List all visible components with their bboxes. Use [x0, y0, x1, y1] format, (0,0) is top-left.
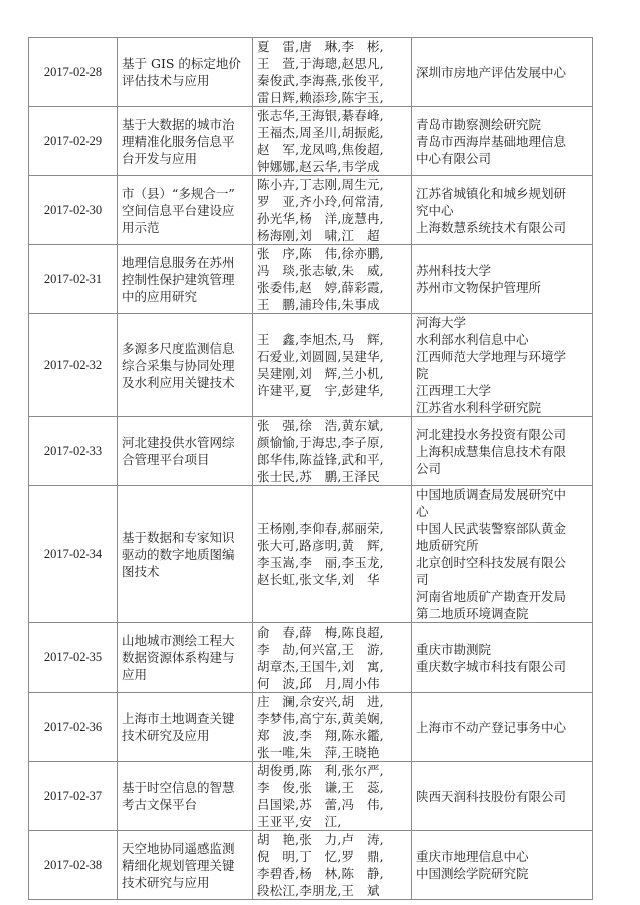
contributors-line: 王 鹏,浦玲伟,朱事成: [257, 296, 407, 313]
contributors-line: 吕国梁,苏 蕾,冯 伟,: [257, 796, 407, 813]
organizations-cell: 重庆市地理信息中心中国测绘学院研究院: [412, 831, 593, 900]
project-title-line: 考古文保平台: [122, 796, 248, 813]
organizations-cell: 河北建投水务投资有限公司上海积成慧集信息技术有限公司: [412, 417, 593, 486]
organizations-cell: 河海大学水利部水利信息中心江西师范大学地理与环境学院江西理工大学江苏省水利科学研…: [412, 314, 593, 417]
organization-line: 中心有限公司: [416, 150, 588, 167]
table-row: 2017-02-36上海市土地调查关键技术研究及应用庄 澜,佘安兴,胡 进,李梦…: [29, 693, 593, 762]
project-title-cell: 基于大数据的城市治理精准化服务信息平台开发与应用: [118, 107, 253, 176]
project-id-cell: 2017-02-35: [29, 623, 118, 693]
project-title-line: 技术研究及应用: [122, 727, 248, 744]
contributors-cell: 胡俊勇,陈 利,张尔严,李 俊,张 谦,王 蕊,吕国梁,苏 蕾,冯 伟,王亚平,…: [253, 762, 412, 831]
organization-line: 司: [416, 571, 588, 588]
contributors-line: 张 序,陈 伟,徐亦鹏,: [257, 245, 407, 262]
contributors-line: 王福杰,周圣川,胡振彪,: [257, 124, 407, 141]
contributors-line: 胡俊勇,陈 利,张尔严,: [257, 762, 407, 779]
organizations-cell: 陕西天润科技股份有限公司: [412, 762, 593, 831]
project-id: 2017-02-30: [44, 203, 102, 217]
contributors-cell: 王杨刚,李仰春,郝丽荣,张大可,路彦明,黄 辉,李玉嵩,李 丽,李玉龙,赵长虹,…: [253, 486, 412, 623]
contributors-line: 李 劼,何兴富,王 游,: [257, 641, 407, 658]
project-title-line: 数据资源体系构建与: [122, 649, 248, 666]
organization-line: 江苏省城镇化和城乡规划研: [416, 185, 588, 202]
organization-line: 中国地质调查局发展研究中: [416, 486, 588, 503]
contributors-line: 张志华,王海银,綦春峰,: [257, 107, 407, 124]
table-row: 2017-02-29基于大数据的城市治理精准化服务信息平台开发与应用张志华,王海…: [29, 107, 593, 176]
contributors-cell: 张志华,王海银,綦春峰,王福杰,周圣川,胡振彪,赵 军,龙凤鸣,焦俊超,钟娜娜,…: [253, 107, 412, 176]
project-title-cell: 基于 GIS 的标定地价评估技术与应用: [118, 38, 253, 107]
awards-table: 2017-02-28基于 GIS 的标定地价评估技术与应用夏 雷,唐 琳,李 彬…: [28, 37, 593, 900]
organization-line: 苏州科技大学: [416, 262, 588, 279]
organization-line: 江西理工大学: [416, 382, 588, 399]
contributors-line: 李 俊,张 谦,王 蕊,: [257, 779, 407, 796]
organization-line: 重庆数字城市科技有限公司: [416, 658, 588, 675]
organizations-cell: 重庆市勘测院重庆数字城市科技有限公司: [412, 623, 593, 693]
organization-line: 中国人民武装警察部队黄金: [416, 520, 588, 537]
project-title-cell: 山地城市测绘工程大数据资源体系构建与应用: [118, 623, 253, 693]
table-row: 2017-02-32多源多尺度监测信息综合采集与协同处理及水利应用关键技术王 鑫…: [29, 314, 593, 417]
contributors-line: 秦俊武,李海燕,张俊平,: [257, 72, 407, 89]
contributors-line: 王 鑫,李旭杰,马 辉,: [257, 331, 407, 348]
contributors-line: 张一唯,朱 萍,王晓艳: [257, 744, 407, 761]
table-row: 2017-02-28基于 GIS 的标定地价评估技术与应用夏 雷,唐 琳,李 彬…: [29, 38, 593, 107]
project-title-cell: 河北建投供水管网综合管理平台项目: [118, 417, 253, 486]
contributors-line: 李玉嵩,李 丽,李玉龙,: [257, 554, 407, 571]
contributors-line: 吴建刚,刘 辉,兰小机,: [257, 365, 407, 382]
project-title-cell: 基于数据和专家知识驱动的数字地质图编图技术: [118, 486, 253, 623]
project-id-cell: 2017-02-28: [29, 38, 118, 107]
project-id-cell: 2017-02-32: [29, 314, 118, 417]
contributors-line: 许建平,夏 宇,彭建华,: [257, 382, 407, 399]
table-row: 2017-02-38天空地协同遥感监测精细化规划管理关键技术研究与应用胡 艳,张…: [29, 831, 593, 900]
contributors-line: 王杨刚,李仰春,郝丽荣,: [257, 520, 407, 537]
project-title-line: 用示范: [122, 219, 248, 236]
project-title-line: 及水利应用关键技术: [122, 374, 248, 391]
project-title-line: 上海市土地调查关键: [122, 710, 248, 727]
project-title-line: 河北建投供水管网综: [122, 434, 248, 451]
project-id: 2017-02-29: [44, 134, 102, 148]
contributors-line: 雷日辉,赖添珍,陈宇玉,: [257, 89, 407, 106]
contributors-cell: 庄 澜,佘安兴,胡 进,李梦伟,高宁东,黄美娴,郑 波,李 翔,陈永鑑,张一唯,…: [253, 693, 412, 762]
table-row: 2017-02-31地理信息服务在苏州控制性保护建筑管理中的应用研究张 序,陈 …: [29, 245, 593, 314]
project-title-line: 控制性保护建筑管理: [122, 271, 248, 288]
contributors-line: 张士民,苏 鹏,王泽民: [257, 468, 407, 485]
project-title-line: 评估技术与应用: [122, 72, 248, 89]
project-title-line: 空间信息平台建设应: [122, 202, 248, 219]
contributors-cell: 张 强,徐 浩,黄东斌,颜愉愉,于海忠,李子原,郎华伟,陈益锋,武和平,张士民,…: [253, 417, 412, 486]
contributors-line: 王 萱,于海璁,赵思凡,: [257, 55, 407, 72]
project-id-cell: 2017-02-30: [29, 176, 118, 245]
contributors-line: 石爱业,刘圆圆,吴建华,: [257, 348, 407, 365]
contributors-line: 郎华伟,陈益锋,武和平,: [257, 451, 407, 468]
project-title-line: 多源多尺度监测信息: [122, 340, 248, 357]
project-id-cell: 2017-02-37: [29, 762, 118, 831]
contributors-cell: 俞 春,薛 梅,陈良超,李 劼,何兴富,王 游,胡章杰,王国牛,刘 寓,何 波,…: [253, 623, 412, 693]
contributors-line: 赵 军,龙凤鸣,焦俊超,: [257, 141, 407, 158]
contributors-line: 俞 春,薛 梅,陈良超,: [257, 624, 407, 641]
contributors-line: 孙光华,杨 洋,庞慧冉,: [257, 210, 407, 227]
project-title-cell: 地理信息服务在苏州控制性保护建筑管理中的应用研究: [118, 245, 253, 314]
organization-line: 河海大学: [416, 314, 588, 331]
organization-line: 江苏省水利科学研究院: [416, 399, 588, 416]
contributors-line: 夏 雷,唐 琳,李 彬,: [257, 38, 407, 55]
project-title-line: 理精准化服务信息平: [122, 133, 248, 150]
organizations-cell: 青岛市勘察测绘研究院青岛市西海岸基础地理信息中心有限公司: [412, 107, 593, 176]
project-id-cell: 2017-02-29: [29, 107, 118, 176]
project-title-line: 山地城市测绘工程大: [122, 632, 248, 649]
contributors-line: 倪 明,丁 忆,罗 鼎,: [257, 848, 407, 865]
contributors-line: 赵长虹,张文华,刘 华: [257, 571, 407, 588]
project-id: 2017-02-31: [44, 272, 102, 286]
organization-line: 上海积成慧集信息技术有限: [416, 443, 588, 460]
table-row: 2017-02-30市（县）“多规合一”空间信息平台建设应用示范陈小卉,丁志刚,…: [29, 176, 593, 245]
project-id-cell: 2017-02-31: [29, 245, 118, 314]
project-id: 2017-02-34: [44, 547, 102, 561]
table-row: 2017-02-33河北建投供水管网综合管理平台项目张 强,徐 浩,黄东斌,颜愉…: [29, 417, 593, 486]
organization-line: 重庆市地理信息中心: [416, 848, 588, 865]
organization-line: 重庆市勘测院: [416, 641, 588, 658]
table-row: 2017-02-35山地城市测绘工程大数据资源体系构建与应用俞 春,薛 梅,陈良…: [29, 623, 593, 693]
organization-line: 地质研究所: [416, 537, 588, 554]
project-title-line: 天空地协同遥感监测: [122, 840, 248, 857]
contributors-cell: 陈小卉,丁志刚,周生元,罗 亚,齐小玲,何常清,孙光华,杨 洋,庞慧冉,杨海刚,…: [253, 176, 412, 245]
project-title-line: 精细化规划管理关键: [122, 857, 248, 874]
project-title-line: 中的应用研究: [122, 288, 248, 305]
project-id-cell: 2017-02-34: [29, 486, 118, 623]
project-title-line: 综合采集与协同处理: [122, 357, 248, 374]
contributors-line: 冯 琰,张志敏,朱 威,: [257, 262, 407, 279]
contributors-line: 钟娜娜,赵云华,韦学成: [257, 158, 407, 175]
organization-line: 公司: [416, 460, 588, 477]
project-title-line: 应用: [122, 666, 248, 683]
organization-line: 河南省地质矿产勘查开发局: [416, 588, 588, 605]
contributors-line: 段松江,李朋龙,王 斌: [257, 882, 407, 899]
contributors-line: 张 强,徐 浩,黄东斌,: [257, 417, 407, 434]
contributors-line: 王亚平,安 江,: [257, 813, 407, 830]
project-title-line: 基于时空信息的智慧: [122, 779, 248, 796]
organizations-cell: 上海市不动产登记事务中心: [412, 693, 593, 762]
contributors-line: 张委伟,赵 婷,薛彩霞,: [257, 279, 407, 296]
contributors-line: 张大可,路彦明,黄 辉,: [257, 537, 407, 554]
project-title-cell: 天空地协同遥感监测精细化规划管理关键技术研究与应用: [118, 831, 253, 900]
contributors-cell: 张 序,陈 伟,徐亦鹏,冯 琰,张志敏,朱 威,张委伟,赵 婷,薛彩霞,王 鹏,…: [253, 245, 412, 314]
project-title-cell: 上海市土地调查关键技术研究及应用: [118, 693, 253, 762]
organizations-cell: 江苏省城镇化和城乡规划研究中心上海数慧系统技术有限公司: [412, 176, 593, 245]
project-title-line: 基于 GIS 的标定地价: [122, 55, 248, 72]
organization-line: 究中心: [416, 202, 588, 219]
project-title-cell: 基于时空信息的智慧考古文保平台: [118, 762, 253, 831]
contributors-cell: 夏 雷,唐 琳,李 彬,王 萱,于海璁,赵思凡,秦俊武,李海燕,张俊平,雷日辉,…: [253, 38, 412, 107]
contributors-line: 杨海刚,刘 啸,江 超: [257, 227, 407, 244]
project-title-line: 基于大数据的城市治: [122, 116, 248, 133]
project-id: 2017-02-36: [44, 720, 102, 734]
organizations-cell: 中国地质调查局发展研究中心中国人民武装警察部队黄金地质研究所北京创时空科技发展有…: [412, 486, 593, 623]
organization-line: 院: [416, 365, 588, 382]
organizations-cell: 深圳市房地产评估发展中心: [412, 38, 593, 107]
project-id: 2017-02-33: [44, 444, 102, 458]
organization-line: 河北建投水务投资有限公司: [416, 426, 588, 443]
project-title-cell: 市（县）“多规合一”空间信息平台建设应用示范: [118, 176, 253, 245]
contributors-line: 庄 澜,佘安兴,胡 进,: [257, 693, 407, 710]
organization-line: 北京创时空科技发展有限公: [416, 554, 588, 571]
contributors-cell: 王 鑫,李旭杰,马 辉,石爱业,刘圆圆,吴建华,吴建刚,刘 辉,兰小机,许建平,…: [253, 314, 412, 417]
organization-line: 上海数慧系统技术有限公司: [416, 219, 588, 236]
organization-line: 深圳市房地产评估发展中心: [416, 64, 588, 81]
project-title-line: 图技术: [122, 563, 248, 580]
contributors-line: 李梦伟,高宁东,黄美娴,: [257, 710, 407, 727]
project-title-line: 地理信息服务在苏州: [122, 254, 248, 271]
awards-table-body: 2017-02-28基于 GIS 的标定地价评估技术与应用夏 雷,唐 琳,李 彬…: [29, 38, 593, 900]
organization-line: 上海市不动产登记事务中心: [416, 719, 588, 736]
project-id-cell: 2017-02-33: [29, 417, 118, 486]
contributors-line: 李碧香,杨 林,陈 静,: [257, 865, 407, 882]
contributors-line: 郑 波,李 翔,陈永鑑,: [257, 727, 407, 744]
organization-line: 青岛市勘察测绘研究院: [416, 116, 588, 133]
organization-line: 水利部水利信息中心: [416, 331, 588, 348]
contributors-line: 颜愉愉,于海忠,李子原,: [257, 434, 407, 451]
project-id-cell: 2017-02-38: [29, 831, 118, 900]
project-id: 2017-02-32: [44, 358, 102, 372]
project-title-line: 市（县）“多规合一”: [122, 185, 248, 202]
project-title-cell: 多源多尺度监测信息综合采集与协同处理及水利应用关键技术: [118, 314, 253, 417]
organization-line: 陕西天润科技股份有限公司: [416, 788, 588, 805]
organization-line: 青岛市西海岸基础地理信息: [416, 133, 588, 150]
contributors-line: 何 波,邱 月,周小伟: [257, 675, 407, 692]
organization-line: 第二地质环境调查院: [416, 605, 588, 622]
contributors-cell: 胡 艳,张 力,卢 涛,倪 明,丁 忆,罗 鼎,李碧香,杨 林,陈 静,段松江,…: [253, 831, 412, 900]
contributors-line: 罗 亚,齐小玲,何常清,: [257, 193, 407, 210]
contributors-line: 陈小卉,丁志刚,周生元,: [257, 176, 407, 193]
contributors-line: 胡章杰,王国牛,刘 寓,: [257, 658, 407, 675]
project-title-line: 台开发与应用: [122, 150, 248, 167]
organization-line: 心: [416, 503, 588, 520]
table-row: 2017-02-34基于数据和专家知识驱动的数字地质图编图技术王杨刚,李仰春,郝…: [29, 486, 593, 623]
project-title-line: 基于数据和专家知识: [122, 529, 248, 546]
project-id-cell: 2017-02-36: [29, 693, 118, 762]
project-id: 2017-02-37: [44, 789, 102, 803]
project-title-line: 合管理平台项目: [122, 451, 248, 468]
project-id: 2017-02-35: [44, 650, 102, 664]
table-row: 2017-02-37基于时空信息的智慧考古文保平台胡俊勇,陈 利,张尔严,李 俊…: [29, 762, 593, 831]
project-id: 2017-02-28: [44, 65, 102, 79]
project-title-line: 驱动的数字地质图编: [122, 546, 248, 563]
project-id: 2017-02-38: [44, 858, 102, 872]
contributors-line: 胡 艳,张 力,卢 涛,: [257, 831, 407, 848]
project-title-line: 技术研究与应用: [122, 874, 248, 891]
organization-line: 苏州市文物保护管理所: [416, 279, 588, 296]
organization-line: 江西师范大学地理与环境学: [416, 348, 588, 365]
organization-line: 中国测绘学院研究院: [416, 865, 588, 882]
organizations-cell: 苏州科技大学苏州市文物保护管理所: [412, 245, 593, 314]
